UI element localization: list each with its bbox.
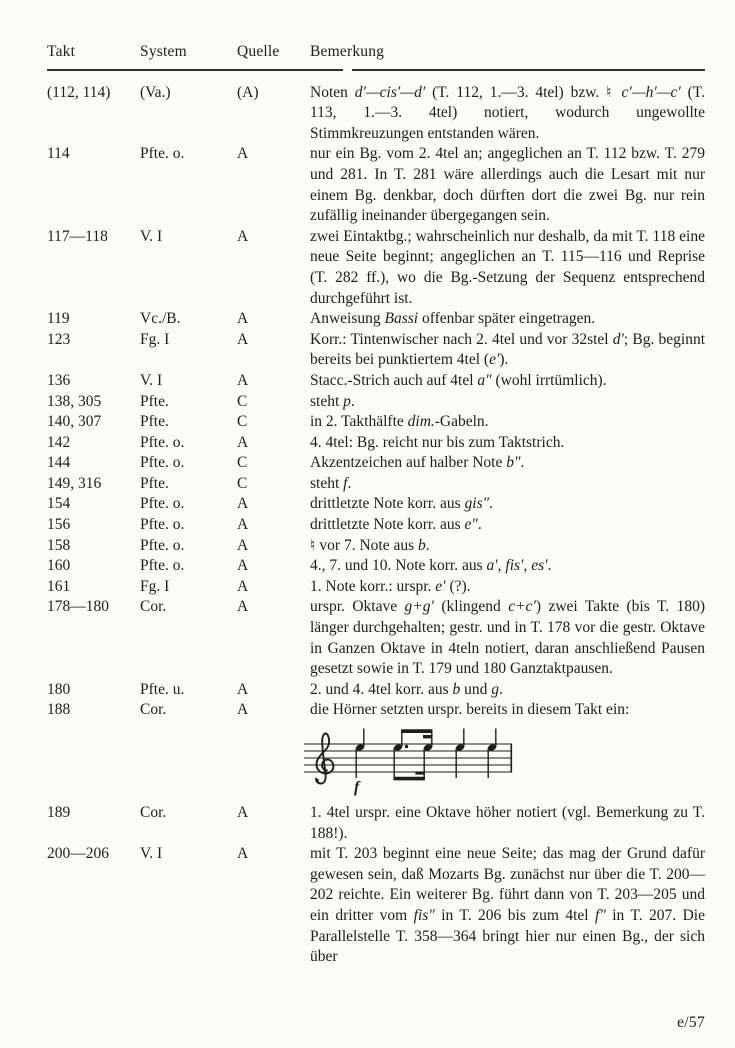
cell-bemerkung: ♮ vor 7. Note aus b. xyxy=(310,536,705,557)
beam-top-partial xyxy=(423,735,433,738)
cell-takt: (112, 114) xyxy=(47,83,140,145)
cell-bemerkung: nur ein Bg. vom 2. 4tel an; angeglichen … xyxy=(310,144,705,226)
staff-lines xyxy=(304,744,512,772)
table-row: 119 Vc./B. A Anweisung Bassi offenbar sp… xyxy=(47,309,705,330)
cell-bemerkung: Akzentzeichen auf halber Note b″. xyxy=(310,453,705,474)
cell-system: Pfte. xyxy=(140,412,237,433)
cell-system: Pfte. u. xyxy=(140,680,237,701)
cell-quelle: A xyxy=(237,577,310,598)
dynamic-marking: f xyxy=(354,779,361,796)
cell-bemerkung: in 2. Takthälfte dim.-Gabeln. xyxy=(310,412,705,433)
cell-takt: 119 xyxy=(47,309,140,330)
table-row: 136 V. I A Stacc.-Strich auch auf 4tel a… xyxy=(47,371,705,392)
bemerkung-text: Stacc.-Strich auch auf 4tel a″ (wohl irr… xyxy=(310,372,607,389)
bemerkung-text: drittletzte Note korr. aus gis″. xyxy=(310,495,493,512)
table-row: 114 Pfte. o. A nur ein Bg. vom 2. 4tel a… xyxy=(47,144,705,226)
cell-bemerkung: die Hörner setzten urspr. bereits in die… xyxy=(310,700,705,803)
cell-quelle: A xyxy=(237,844,310,968)
cell-system: Pfte. o. xyxy=(140,453,237,474)
cell-quelle: A xyxy=(237,597,310,679)
bemerkung-text: urspr. Oktave g+g′ (klingend c+c′) zwei … xyxy=(310,598,705,677)
table-row: 142 Pfte. o. A 4. 4tel: Bg. reicht nur b… xyxy=(47,433,705,454)
cell-system: Cor. xyxy=(140,803,237,844)
music-notation: f xyxy=(302,726,705,800)
table-row: 161 Fg. I A 1. Note korr.: urspr. e′ (?)… xyxy=(47,577,705,598)
cell-takt: 158 xyxy=(47,536,140,557)
cell-takt: 140, 307 xyxy=(47,412,140,433)
cell-quelle: A xyxy=(237,680,310,701)
cell-takt: 154 xyxy=(47,494,140,515)
bemerkung-text: 4., 7. und 10. Note korr. aus a′, fis′, … xyxy=(310,557,551,574)
column-header-quelle: Quelle xyxy=(237,42,310,63)
column-header-bemerkung: Bemerkung xyxy=(310,42,705,63)
cell-quelle: C xyxy=(237,412,310,433)
bemerkung-text: 1. Note korr.: urspr. e′ (?). xyxy=(310,578,471,595)
cell-system: Pfte. o. xyxy=(140,433,237,454)
table-row: 144 Pfte. o. C Akzentzeichen auf halber … xyxy=(47,453,705,474)
table-row: 178—180 Cor. A urspr. Oktave g+g′ (kling… xyxy=(47,597,705,679)
column-header-system: System xyxy=(140,42,237,63)
cell-system: Pfte. o. xyxy=(140,494,237,515)
bemerkung-text: Akzentzeichen auf halber Note b″. xyxy=(310,454,524,471)
cell-quelle: C xyxy=(237,392,310,413)
cell-system: V. I xyxy=(140,844,237,968)
cell-quelle: C xyxy=(237,453,310,474)
bemerkung-text: in 2. Takthälfte dim.-Gabeln. xyxy=(310,413,489,430)
cell-bemerkung: 2. und 4. 4tel korr. aus b und g. xyxy=(310,680,705,701)
cell-takt: 188 xyxy=(47,700,140,803)
table-row: 154 Pfte. o. A drittletzte Note korr. au… xyxy=(47,494,705,515)
bemerkung-text: steht p. xyxy=(310,393,355,410)
table-row: (112, 114) (Va.) (A) Noten d′—cis′—d′ (T… xyxy=(47,83,705,145)
beam-bottom-partial xyxy=(415,771,425,774)
cell-bemerkung: mit T. 203 beginnt eine neue Seite; das … xyxy=(310,844,705,968)
cell-takt: 123 xyxy=(47,330,140,371)
cell-quelle: A xyxy=(237,309,310,330)
table-header-row: Takt System Quelle Bemerkung xyxy=(47,42,705,63)
cell-quelle: A xyxy=(237,515,310,536)
bemerkung-text: Anweisung Bassi offenbar später eingetra… xyxy=(310,310,595,327)
cell-takt: 160 xyxy=(47,556,140,577)
cell-takt: 149, 316 xyxy=(47,474,140,495)
cell-bemerkung: Anweisung Bassi offenbar später eingetra… xyxy=(310,309,705,330)
scanned-report-page: Takt System Quelle Bemerkung (112, 114) … xyxy=(0,0,735,1048)
bemerkung-text: 1. 4tel urspr. eine Oktave höher notiert… xyxy=(310,804,705,842)
cell-system: (Va.) xyxy=(140,83,237,145)
cell-quelle: (A) xyxy=(237,83,310,145)
bemerkung-text: 4. 4tel: Bg. reicht nur bis zum Taktstri… xyxy=(310,434,564,451)
cell-takt: 178—180 xyxy=(47,597,140,679)
cell-bemerkung: zwei Eintaktbg.; wahrscheinlich nur desh… xyxy=(310,227,705,309)
cell-bemerkung: drittletzte Note korr. aus gis″. xyxy=(310,494,705,515)
cell-bemerkung: Stacc.-Strich auch auf 4tel a″ (wohl irr… xyxy=(310,371,705,392)
cell-takt: 117—118 xyxy=(47,227,140,309)
cell-system: Pfte. o. xyxy=(140,536,237,557)
table-row: 180 Pfte. u. A 2. und 4. 4tel korr. aus … xyxy=(47,680,705,701)
table-row: 149, 316 Pfte. C steht f. xyxy=(47,474,705,495)
bemerkung-text: Noten d′—cis′—d′ (T. 112, 1.—3. 4tel) bz… xyxy=(310,84,705,142)
bemerkung-text: drittletzte Note korr. aus e″. xyxy=(310,516,482,533)
bemerkung-text: mit T. 203 beginnt eine neue Seite; das … xyxy=(310,845,705,965)
page-number: e/57 xyxy=(677,1014,705,1032)
cell-takt: 142 xyxy=(47,433,140,454)
table-row: 189 Cor. A 1. 4tel urspr. eine Oktave hö… xyxy=(47,803,705,844)
table-row: 200—206 V. I A mit T. 203 beginnt eine n… xyxy=(47,844,705,968)
bemerkung-text: zwei Eintaktbg.; wahrscheinlich nur desh… xyxy=(310,228,705,307)
cell-takt: 144 xyxy=(47,453,140,474)
cell-takt: 189 xyxy=(47,803,140,844)
cell-takt: 180 xyxy=(47,680,140,701)
cell-bemerkung: 1. Note korr.: urspr. e′ (?). xyxy=(310,577,705,598)
cell-system: Cor. xyxy=(140,597,237,679)
header-rule-right-segment xyxy=(352,69,705,71)
cell-takt: 114 xyxy=(47,144,140,226)
cell-quelle: A xyxy=(237,371,310,392)
cell-quelle: A xyxy=(237,803,310,844)
cell-takt: 138, 305 xyxy=(47,392,140,413)
cell-system: Pfte. xyxy=(140,392,237,413)
cell-system: Pfte. o. xyxy=(140,144,237,226)
cell-takt: 161 xyxy=(47,577,140,598)
bemerkung-text: nur ein Bg. vom 2. 4tel an; angeglichen … xyxy=(310,145,705,224)
table-row: 117—118 V. I A zwei Eintaktbg.; wahrsche… xyxy=(47,227,705,309)
cell-system: V. I xyxy=(140,371,237,392)
cell-bemerkung: 4. 4tel: Bg. reicht nur bis zum Taktstri… xyxy=(310,433,705,454)
bemerkung-text: 2. und 4. 4tel korr. aus b und g. xyxy=(310,681,503,698)
header-rule xyxy=(47,69,705,71)
note-group xyxy=(355,729,497,781)
cell-system: Fg. I xyxy=(140,577,237,598)
cell-quelle: C xyxy=(237,474,310,495)
music-staff-svg: f xyxy=(302,726,514,800)
cell-quelle: A xyxy=(237,700,310,803)
table-row: 158 Pfte. o. A ♮ vor 7. Note aus b. xyxy=(47,536,705,557)
column-header-takt: Takt xyxy=(47,42,140,63)
cell-bemerkung: urspr. Oktave g+g′ (klingend c+c′) zwei … xyxy=(310,597,705,679)
table-row: 156 Pfte. o. A drittletzte Note korr. au… xyxy=(47,515,705,536)
bemerkung-text: die Hörner setzten urspr. bereits in die… xyxy=(310,701,629,718)
cell-bemerkung: steht p. xyxy=(310,392,705,413)
cell-quelle: A xyxy=(237,556,310,577)
table-row: 123 Fg. I A Korr.: Tintenwischer nach 2.… xyxy=(47,330,705,371)
cell-quelle: A xyxy=(237,144,310,226)
table-row: 138, 305 Pfte. C steht p. xyxy=(47,392,705,413)
cell-system: V. I xyxy=(140,227,237,309)
cell-quelle: A xyxy=(237,227,310,309)
cell-system: Pfte. o. xyxy=(140,515,237,536)
cell-bemerkung: 1. 4tel urspr. eine Oktave höher notiert… xyxy=(310,803,705,844)
cell-system: Fg. I xyxy=(140,330,237,371)
cell-takt: 200—206 xyxy=(47,844,140,968)
cell-quelle: A xyxy=(237,536,310,557)
bemerkung-text: ♮ vor 7. Note aus b. xyxy=(310,537,430,554)
cell-bemerkung: 4., 7. und 10. Note korr. aus a′, fis′, … xyxy=(310,556,705,577)
cell-quelle: A xyxy=(237,494,310,515)
bemerkung-text: steht f. xyxy=(310,475,351,492)
cell-system: Vc./B. xyxy=(140,309,237,330)
header-rule-left-segment xyxy=(47,69,343,71)
cell-bemerkung: steht f. xyxy=(310,474,705,495)
cell-system: Pfte. o. xyxy=(140,556,237,577)
cell-takt: 136 xyxy=(47,371,140,392)
table-row: 140, 307 Pfte. C in 2. Takthälfte dim.-G… xyxy=(47,412,705,433)
table-row: 188 Cor. A die Hörner setzten urspr. ber… xyxy=(47,700,705,803)
cell-bemerkung: Korr.: Tintenwischer nach 2. 4tel und vo… xyxy=(310,330,705,371)
bemerkung-text: Korr.: Tintenwischer nach 2. 4tel und vo… xyxy=(310,331,705,369)
cell-system: Cor. xyxy=(140,700,237,803)
cell-bemerkung: Noten d′—cis′—d′ (T. 112, 1.—3. 4tel) bz… xyxy=(310,83,705,145)
cell-system: Pfte. xyxy=(140,474,237,495)
beam-bottom xyxy=(394,777,425,781)
table-body: (112, 114) (Va.) (A) Noten d′—cis′—d′ (T… xyxy=(47,83,705,968)
table-row: 160 Pfte. o. A 4., 7. und 10. Note korr.… xyxy=(47,556,705,577)
cell-quelle: A xyxy=(237,330,310,371)
report-table: Takt System Quelle Bemerkung (112, 114) … xyxy=(47,42,705,968)
beam-top xyxy=(401,729,432,733)
cell-takt: 156 xyxy=(47,515,140,536)
cell-bemerkung: drittletzte Note korr. aus e″. xyxy=(310,515,705,536)
cell-quelle: A xyxy=(237,433,310,454)
